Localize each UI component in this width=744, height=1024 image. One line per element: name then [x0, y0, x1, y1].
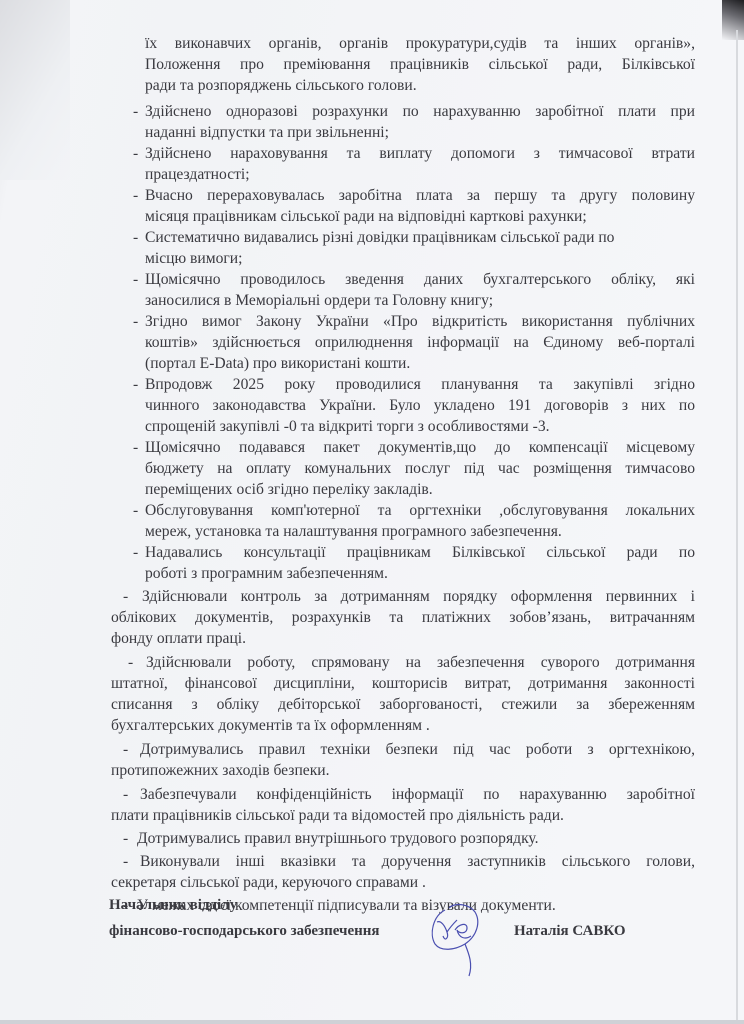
bullet-text: Надавались консультації працівникам Білк…: [145, 542, 695, 563]
bullet-text: коштів» здійснюється оприлюднення інформ…: [145, 332, 695, 353]
signatory-title-line1: Начальник відділу: [109, 897, 237, 914]
bullet-text: переміщених осіб згідно переліку закладі…: [145, 479, 433, 500]
bullet-dash: -: [133, 437, 138, 458]
bullet-text: Здійснено одноразові розрахунки по нарах…: [145, 101, 695, 122]
bullet-text: місяця працівникам сільської ради на від…: [145, 206, 587, 227]
bullet-text: Здійснювали контроль за дотриманням поря…: [142, 586, 695, 607]
bullet-text: бухгалтерських документів та їх оформлен…: [111, 715, 430, 736]
bullet-text: роботі з програмним забезпеченням.: [145, 563, 388, 584]
scanned-page: їх виконавчих органів, органів прокурату…: [0, 0, 744, 1024]
bullet-text: Обслуговування комп'ютерної та оргтехнік…: [145, 500, 695, 521]
bullet-text: Здійснено нараховування та виплату допом…: [145, 143, 695, 164]
bullet-text: чинного законодавства України. Було укла…: [145, 395, 695, 416]
intro-line: Положення про преміювання працівників сі…: [145, 54, 695, 75]
bullet-dash: -: [123, 784, 128, 805]
bullet-text: (портал E-Data) про використані кошти.: [145, 353, 410, 374]
bullet-dash: -: [123, 828, 128, 849]
bullet-dash: -: [133, 101, 138, 122]
bullet-text: списання з обліку дебіторської заборгова…: [111, 694, 695, 715]
bullet-dash: -: [133, 143, 138, 164]
bullet-text: Здійснювали роботу, спрямовану на забезп…: [146, 652, 695, 673]
corner-shadow: [722, 0, 744, 40]
bullet-text: місцю вимоги;: [145, 248, 242, 269]
bullet-text: Вчасно перераховувалась заробітна плата …: [145, 185, 695, 206]
bullet-text: спрощеній закупівлі -0 та відкриті торги…: [145, 416, 550, 437]
bullet-dash: -: [133, 311, 138, 332]
bullet-text: бюджету на оплату комунальних послуг під…: [145, 458, 695, 479]
bullet-dash: -: [123, 851, 128, 872]
page-edge-bottom: [0, 1020, 744, 1024]
bullet-text: Систематично видавались різні довідки пр…: [145, 227, 614, 248]
bullet-text: Згідно вимог Закону України «Про відкрит…: [145, 311, 695, 332]
signatory-title-line2: фінансово-господарського забезпечення: [109, 923, 380, 940]
bullet-text: заносилися в Меморіальні ордери та Голов…: [145, 290, 493, 311]
bullet-dash: -: [133, 269, 138, 290]
bullet-dash: -: [133, 542, 138, 563]
bullet-dash: -: [133, 185, 138, 206]
bullet-dash: -: [123, 586, 128, 607]
bullet-dash: -: [133, 500, 138, 521]
bullet-text: Щомісячно проводилось зведення даних бух…: [145, 269, 695, 290]
bullet-text: працездатності;: [145, 164, 250, 185]
intro-line: ради та розпоряджень сільського голови.: [145, 75, 417, 96]
bullet-dash: -: [133, 227, 138, 248]
handwritten-signature-icon: [425, 892, 495, 982]
page-edge: [736, 30, 738, 1020]
bullet-text: штатної, фінансової дисципліни, кошторис…: [111, 673, 695, 694]
bullet-dash: -: [133, 374, 138, 395]
bullet-dash: -: [128, 652, 133, 673]
bullet-text: Дотримувались правил техніки безпеки під…: [140, 739, 695, 760]
bullet-text: фонду оплати праці.: [111, 628, 246, 649]
bullet-text: Забезпечували конфіденційність інформаці…: [140, 784, 695, 805]
bullet-text: Щомісячно подавався пакет документів,що …: [145, 437, 695, 458]
bullet-text: облікових документів, розрахунків та пла…: [111, 607, 695, 628]
bullet-text: мереж, установка та налаштування програм…: [145, 521, 562, 542]
bullet-text: наданні відпустки та при звільненні;: [145, 122, 389, 143]
intro-line: їх виконавчих органів, органів прокурату…: [145, 33, 695, 54]
bullet-dash: -: [123, 739, 128, 760]
bullet-text: Дотримувались правил внутрішнього трудов…: [137, 828, 539, 849]
signatory-name: Наталія САВКО: [514, 923, 626, 940]
bullet-text: Виконували інші вказівки та доручення за…: [140, 851, 695, 872]
page-fold-shadow: [0, 0, 70, 180]
bullet-text: Впродовж 2025 року проводилися плануванн…: [145, 374, 695, 395]
bullet-text: секретаря сільської ради, керуючого спра…: [111, 872, 426, 893]
bullet-text: плати працівників сільської ради та відо…: [111, 805, 564, 826]
bullet-text: протипожежних заходів безпеки.: [111, 760, 330, 781]
